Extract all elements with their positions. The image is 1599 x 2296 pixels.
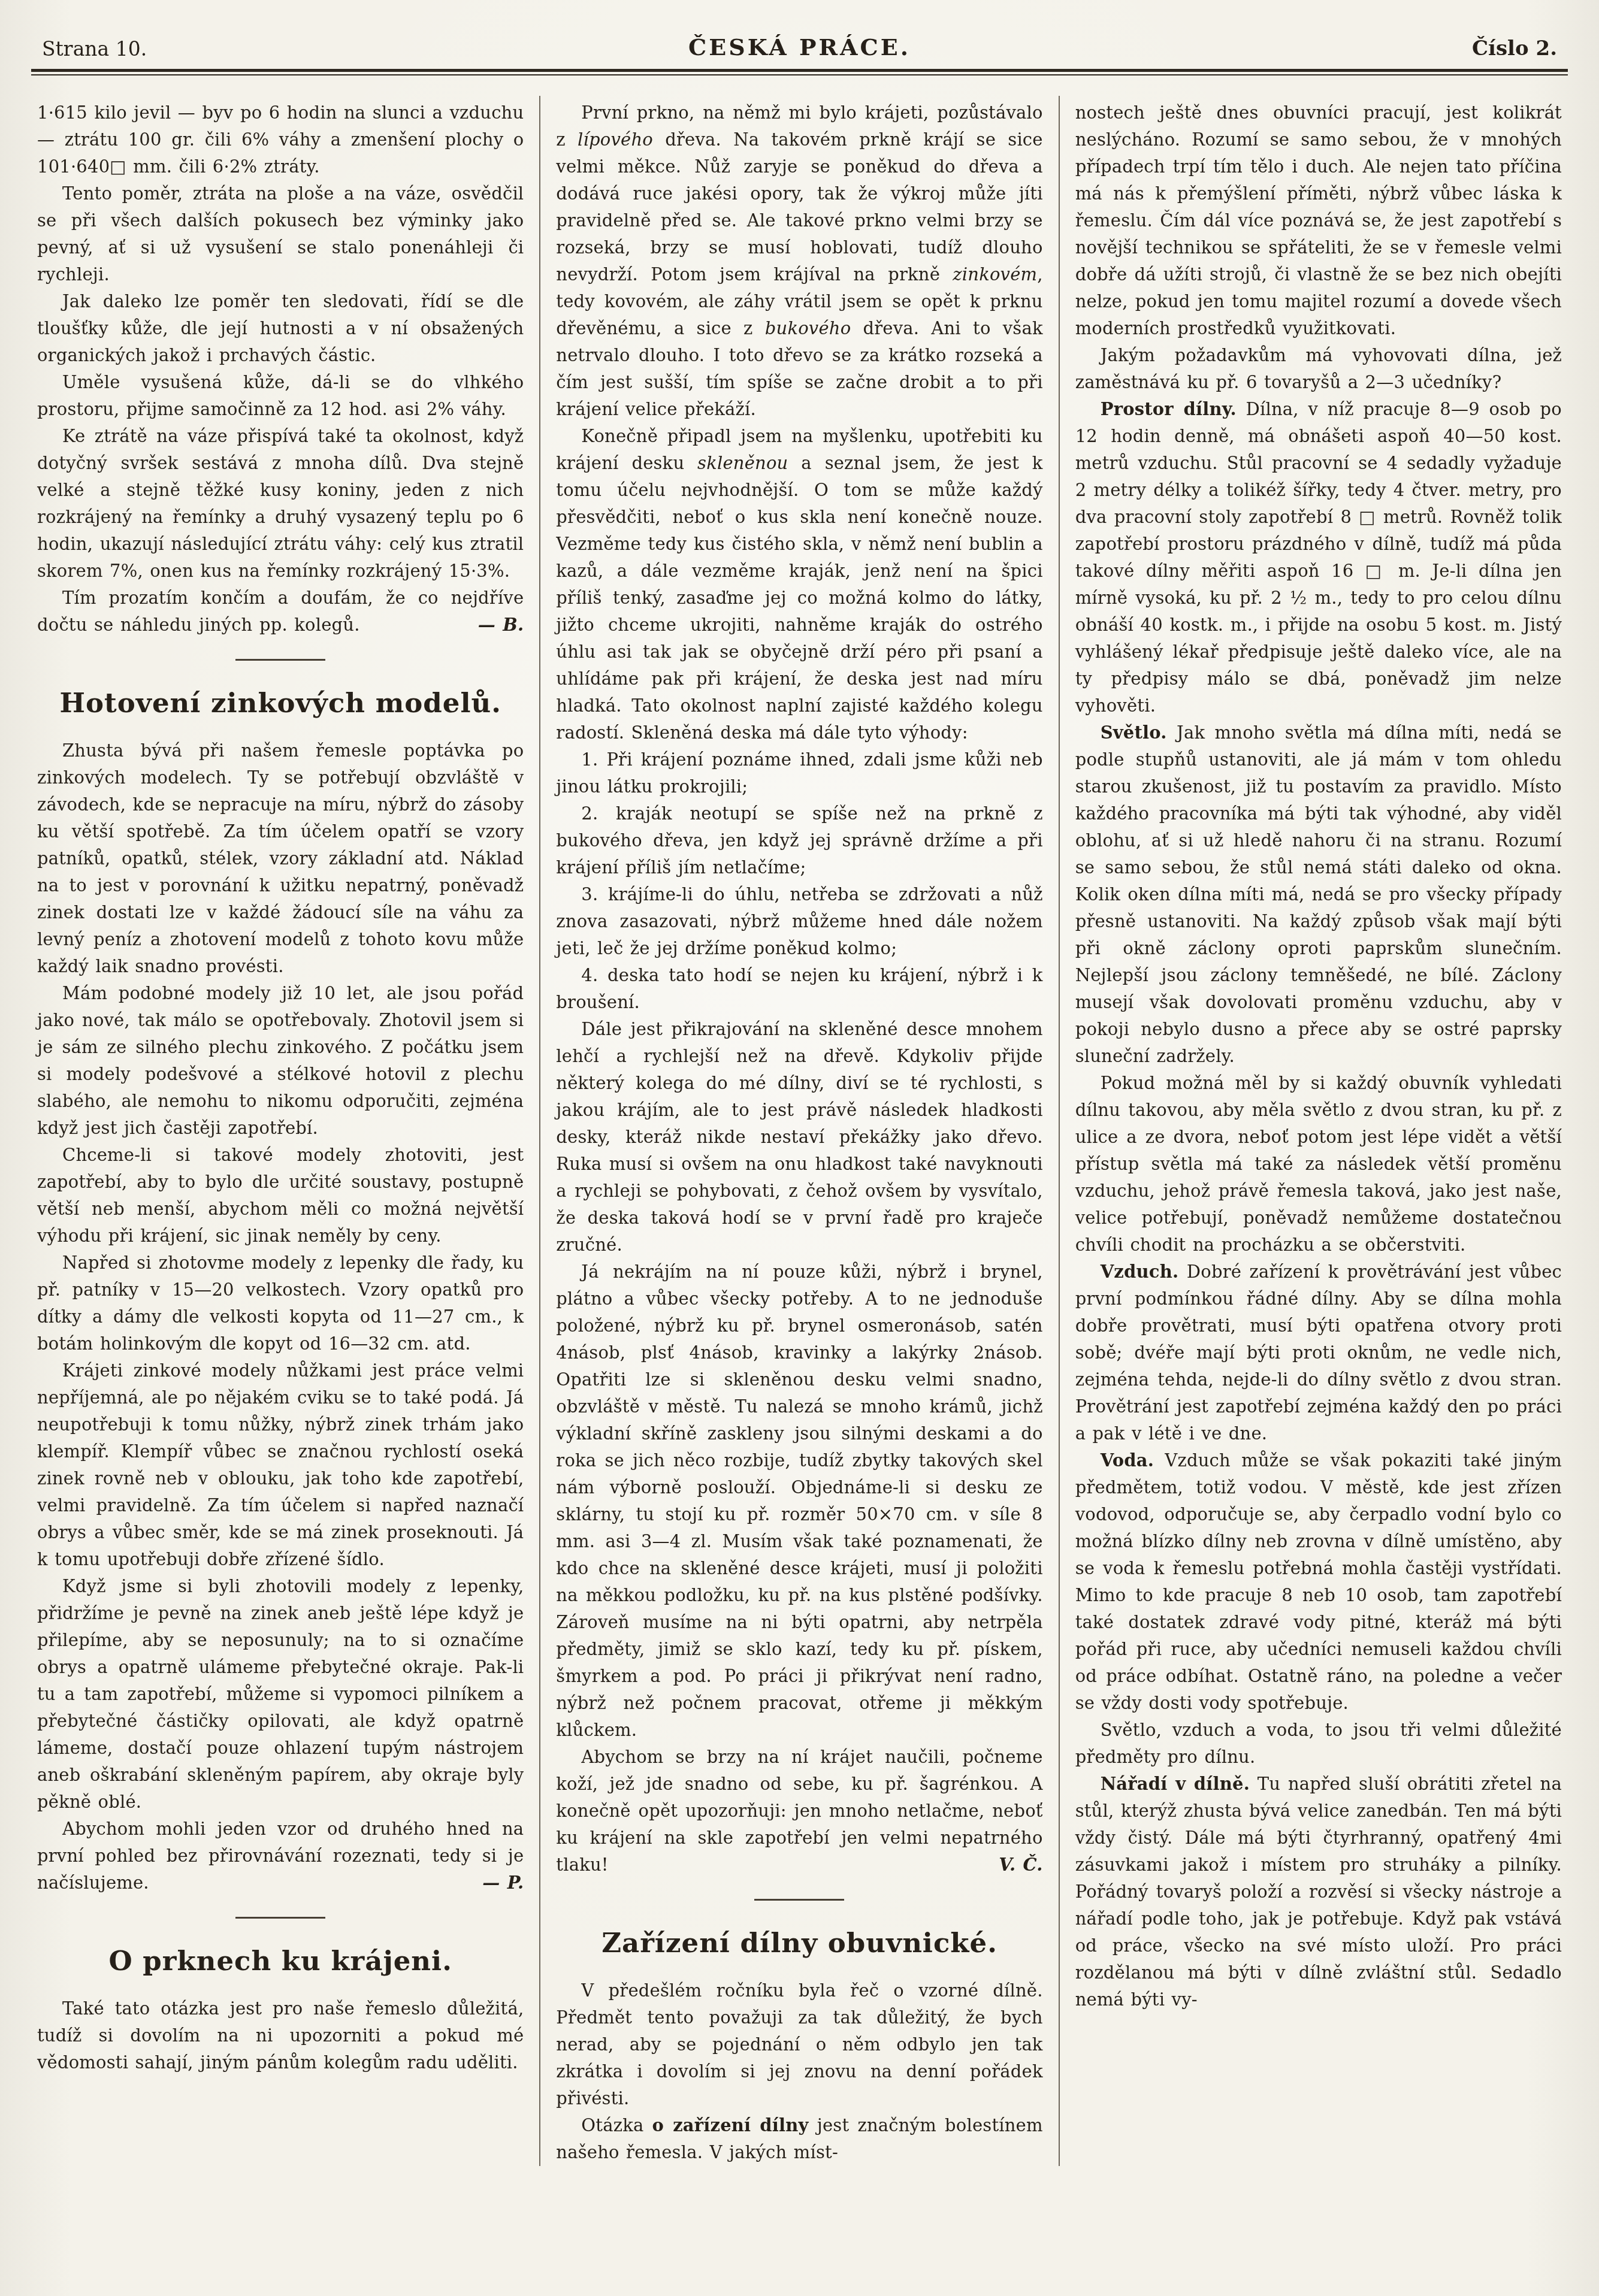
author-signature: V. Č. [946, 1852, 1042, 1878]
article-heading: Hotovení zinkových modelů. [37, 687, 524, 719]
page-number-label: Strana 10. [42, 37, 147, 60]
paragraph: Zhusta bývá při našem řemesle poptávka p… [37, 737, 524, 980]
page-header: Strana 10. ČESKÁ PRÁCE. Číslo 2. [0, 0, 1599, 60]
paragraph: 3. krájíme-li do úhlu, netřeba se zdržov… [556, 881, 1042, 962]
author-signature: — P. [430, 1870, 524, 1896]
column-1: 1·615 kilo jevil — byv po 6 hodin na slu… [22, 96, 539, 2166]
section-divider-rule [235, 1917, 325, 1919]
paragraph: Světlo, vzduch a voda, to jsou tři velmi… [1075, 1717, 1562, 1771]
issue-number-label: Číslo 2. [1472, 37, 1557, 60]
paragraph: Dále jest přikrajování na skleněné desce… [556, 1016, 1042, 1259]
paragraph: 2. kraják neotupí se spíše než na prkně … [556, 800, 1042, 881]
paragraph: Uměle vysušená kůže, dá-li se do vlhkého… [37, 369, 524, 423]
paragraph: Konečně připadl jsem na myšlenku, upotře… [556, 423, 1042, 746]
article-heading: O prknech ku krájeni. [37, 1945, 524, 1977]
paragraph: Napřed si zhotovme modely z lepenky dle … [37, 1250, 524, 1357]
paragraph: Voda. Vzduch může se však pokaziti také … [1075, 1447, 1562, 1717]
paragraph: Světlo. Jak mnoho světla má dílna míti, … [1075, 719, 1562, 1070]
paragraph-lead: Světlo. [1101, 722, 1167, 743]
section-divider-rule [235, 659, 325, 661]
paragraph: Tím prozatím končím a doufám, že co nejd… [37, 585, 524, 639]
article-heading: Zařízení dílny obuvnické. [556, 1927, 1042, 1959]
paragraph: Tento poměr, ztráta na ploše a na váze, … [37, 180, 524, 288]
paragraph: Nářadí v dílně. Tu napřed sluší obrátiti… [1075, 1771, 1562, 2013]
section-divider-rule [754, 1899, 844, 1901]
paragraph: Abychom mohli jeden vzor od druhého hned… [37, 1816, 524, 1896]
paragraph: Jakým požadavkům má vyhovovati dílna, je… [1075, 342, 1562, 396]
text-columns: 1·615 kilo jevil — byv po 6 hodin na slu… [0, 75, 1599, 2166]
paragraph-lead: Prostor dílny. [1101, 399, 1237, 419]
paragraph: V předešlém ročníku byla řeč o vzorné dí… [556, 1977, 1042, 2112]
masthead-title: ČESKÁ PRÁCE. [688, 34, 911, 60]
paragraph: Chceme-li si takové modely zhotoviti, je… [37, 1142, 524, 1250]
author-signature: — B. [425, 612, 524, 639]
paragraph-lead: Voda. [1101, 1450, 1154, 1471]
paragraph-lead: Vzduch. [1101, 1262, 1179, 1282]
paragraph: Já nekrájím na ní pouze kůži, nýbrž i br… [556, 1259, 1042, 1744]
paragraph: První prkno, na němž mi bylo krájeti, po… [556, 99, 1042, 423]
paragraph: Ke ztrátě na váze přispívá také ta okoln… [37, 423, 524, 585]
header-rule [31, 69, 1568, 75]
paragraph: 4. deska tato hodí se nejen ku krájení, … [556, 962, 1042, 1016]
newspaper-page: Strana 10. ČESKÁ PRÁCE. Číslo 2. 1·615 k… [0, 0, 1599, 2296]
paragraph: Pokud možná měl by si každý obuvník vyhl… [1075, 1070, 1562, 1259]
paragraph: Otázka o zařízení dílny jest značným bol… [556, 2112, 1042, 2166]
paragraph: Krájeti zinkové modely nůžkami jest prác… [37, 1357, 524, 1573]
paragraph: 1·615 kilo jevil — byv po 6 hodin na slu… [37, 99, 524, 180]
column-3: nostech ještě dnes obuvníci pracují, jes… [1059, 96, 1577, 2166]
paragraph: nostech ještě dnes obuvníci pracují, jes… [1075, 99, 1562, 342]
paragraph: 1. Při krájení poznáme ihned, zdali jsme… [556, 746, 1042, 800]
paragraph: Jak daleko lze poměr ten sledovati, řídí… [37, 288, 524, 369]
paragraph: Mám podobné modely již 10 let, ale jsou … [37, 980, 524, 1142]
paragraph: Také tato otázka jest pro naše řemeslo d… [37, 1995, 524, 2076]
paragraph-lead: Nářadí v dílně. [1101, 1774, 1250, 1794]
column-2: První prkno, na němž mi bylo krájeti, po… [539, 96, 1058, 2166]
paragraph: Vzduch. Dobré zařízení k provětrávání je… [1075, 1259, 1562, 1447]
paragraph: Abychom se brzy na ní krájet naučili, po… [556, 1744, 1042, 1878]
paragraph: Prostor dílny. Dílna, v níž pracuje 8—9 … [1075, 396, 1562, 719]
paragraph: Když jsme si byli zhotovili modely z lep… [37, 1573, 524, 1816]
